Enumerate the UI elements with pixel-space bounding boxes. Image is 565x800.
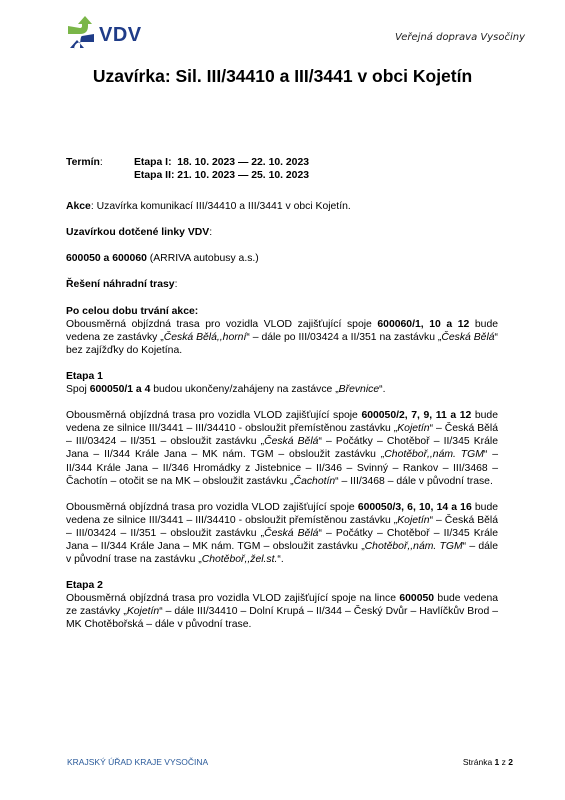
term-section: Termín: Etapa I: 18. 10. 2023 — 22. 10. … — [66, 156, 498, 182]
stage-1-heading: Etapa 1 — [66, 370, 498, 383]
page-number: Stránka 1 z 2 — [463, 757, 513, 767]
affected-lines: 600050 a 600060 (ARRIVA autobusy a.s.) — [66, 252, 498, 265]
term-label: Termín — [66, 157, 100, 168]
solution-heading: Řešení náhradní trasy: — [66, 278, 498, 291]
stage-1-paragraph-1: Spoj 600050/1 a 4 budou ukončeny/zahájen… — [66, 383, 498, 396]
logo-text: VDV — [99, 24, 142, 47]
affected-lines-heading: Uzavírkou dotčené linky VDV: — [66, 226, 498, 239]
page-title: Uzavírka: Sil. III/34410 a III/3441 v ob… — [0, 66, 565, 87]
term-stage-1: Etapa I: 18. 10. 2023 — 22. 10. 2023 — [134, 156, 309, 169]
stage-1-paragraph-2: Obousměrná objízdná trasa pro vozidla VL… — [66, 409, 498, 488]
stage-2-heading: Etapa 2 — [66, 579, 498, 592]
arrows-exchange-icon — [66, 14, 96, 54]
action-label: Akce — [66, 201, 91, 212]
term-stage-2: Etapa II: 21. 10. 2023 — 25. 10. 2023 — [134, 169, 309, 182]
vdv-logo: VDV — [66, 14, 166, 54]
document-body: Termín: Etapa I: 18. 10. 2023 — 22. 10. … — [66, 156, 498, 632]
stage-2-paragraph: Obousměrná objízdná trasa pro vozidla VL… — [66, 592, 498, 631]
stage-1-paragraph-3: Obousměrná objízdná trasa pro vozidla VL… — [66, 501, 498, 566]
whole-period-heading: Po celou dobu trvání akce: — [66, 305, 498, 318]
whole-period-paragraph: Obousměrná objízdná trasa pro vozidla VL… — [66, 318, 498, 357]
footer-authority: KRAJSKÝ ÚŘAD KRAJE VYSOČINA — [67, 757, 208, 767]
header-subtitle: Veřejná doprava Vysočiny — [395, 32, 525, 43]
action-paragraph: Akce: Uzavírka komunikací III/34410 a II… — [66, 200, 498, 213]
